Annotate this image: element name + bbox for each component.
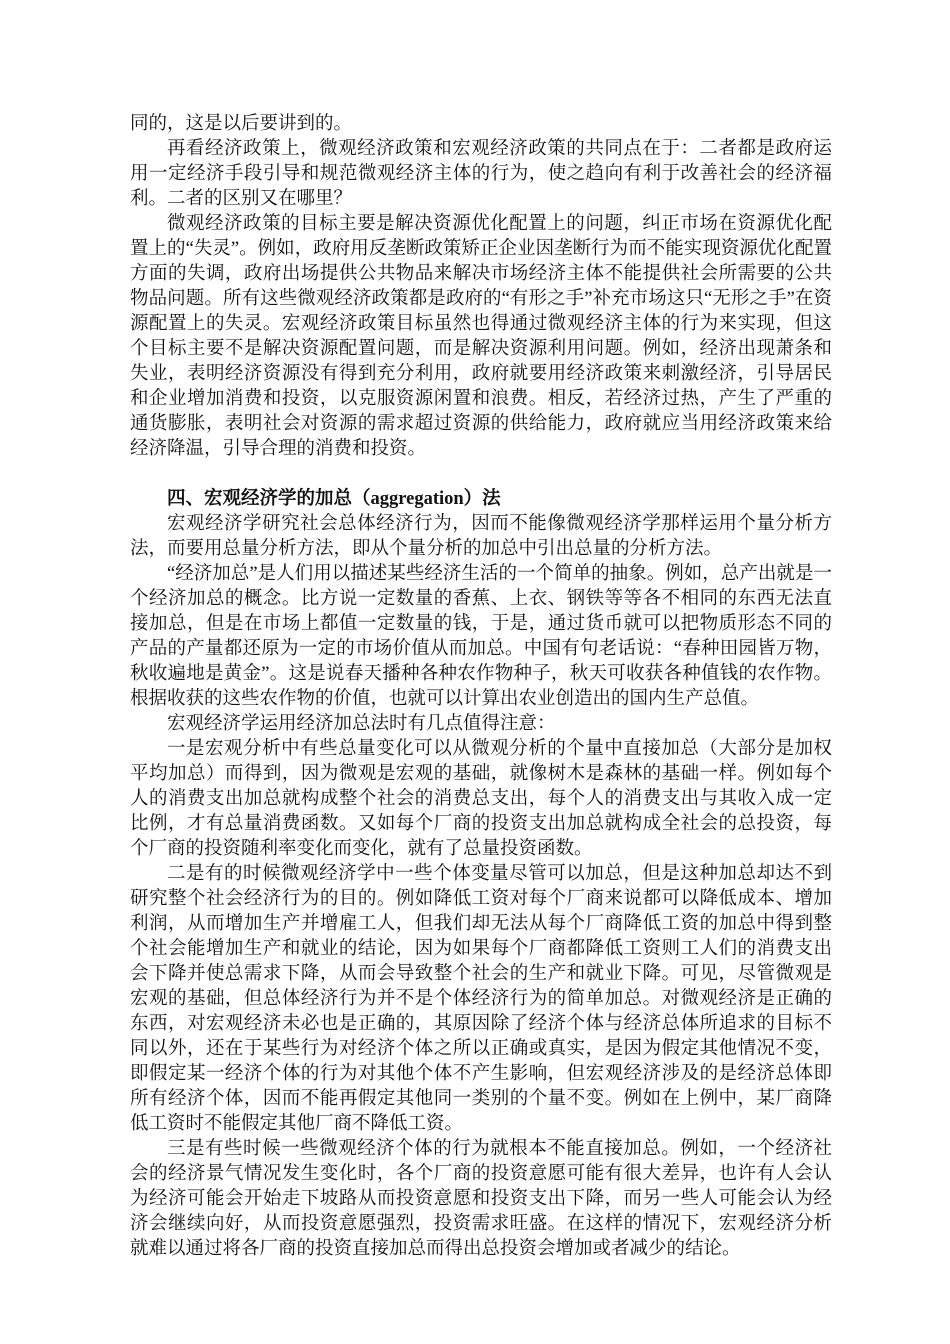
paragraph-micro-vs-macro-policy: 微观经济政策的目标主要是解决资源优化配置上的问题，纠正市场在资源优化配置上的“失… — [130, 212, 832, 462]
paragraph-policy-common-points: 再看经济政策上，微观经济政策和宏观经济政策的共同点在于：二者都是政府运用一定经济… — [130, 137, 832, 212]
paragraph-continuation: 同的，这是以后要讲到的。 — [130, 112, 832, 137]
document-body: 同的，这是以后要讲到的。 再看经济政策上，微观经济政策和宏观经济政策的共同点在于… — [130, 112, 832, 1262]
paragraph-note-two: 二是有的时候微观经济学中一些个体变量尽管可以加总，但是这种加总却达不到研究整个社… — [130, 862, 832, 1137]
paragraph-macro-method: 宏观经济学研究社会总体经济行为，因而不能像微观经济学那样运用个量分析方法，而要用… — [130, 512, 832, 562]
paragraph-note-one: 一是宏观分析中有些总量变化可以从微观分析的个量中直接加总（大部分是加权平均加总）… — [130, 737, 832, 862]
paragraph-economic-aggregate-concept: “经济加总”是人们用以描述某些经济生活的一个简单的抽象。例如，总产出就是一个经济… — [130, 562, 832, 712]
paragraph-note-three: 三是有些时候一些微观经济个体的行为就根本不能直接加总。例如，一个经济社会的经济景… — [130, 1137, 832, 1262]
paragraph-notes-intro: 宏观经济学运用经济加总法时有几点值得注意： — [130, 712, 832, 737]
document-page: 同的，这是以后要讲到的。 再看经济政策上，微观经济政策和宏观经济政策的共同点在于… — [0, 0, 950, 1344]
section-heading-aggregation: 四、宏观经济学的加总（aggregation）法 — [130, 487, 832, 512]
